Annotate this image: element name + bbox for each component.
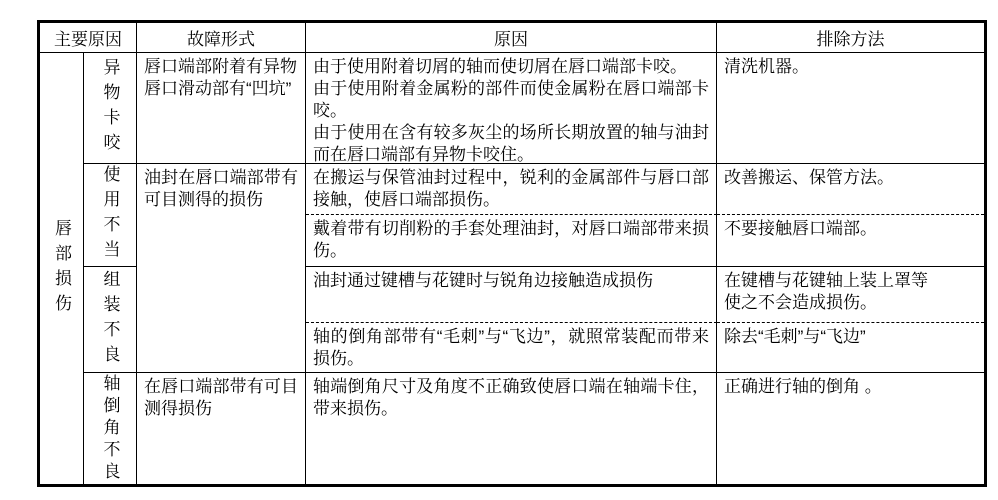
category-cell-foreign-object-bite: 异物卡咬 — [84, 53, 137, 164]
category-cell-improper-use: 使用不当 — [84, 164, 137, 267]
header-cause: 原因 — [306, 23, 717, 53]
remedy-cell-2: 改善搬运、保管方法。 — [717, 164, 984, 215]
header-main-cause: 主要原因 — [40, 23, 137, 53]
remedy-cell-5: 除去“毛刺”与“飞边” — [717, 323, 984, 373]
category-label: 异物卡咬 — [102, 58, 119, 158]
category-label: 轴倒角不良 — [102, 374, 119, 484]
failure-form-cell-2: 油封在唇口端部带有可目测得的损伤 — [137, 164, 306, 373]
main-cause-label: 唇部损伤 — [53, 219, 70, 319]
cause-cell-2: 在搬运与保管油封过程中，锐利的金属部件与唇口部接触，使唇口端部损伤。 — [306, 164, 717, 215]
category-cell-poor-shaft-chamfer: 轴倒角不良 — [84, 373, 137, 484]
main-cause-cell-lip-damage: 唇部损伤 — [40, 53, 84, 484]
failure-form-cell-3: 在唇口端部带有可目测得损伤 — [137, 373, 306, 484]
category-cell-poor-assembly: 组装不良 — [84, 267, 137, 373]
category-label: 使用不当 — [102, 165, 119, 265]
remedy-cell-3: 不要接触唇口端部。 — [717, 215, 984, 267]
cause-cell-3: 戴着带有切削粉的手套处理油封，对唇口端部带来损伤。 — [306, 215, 717, 267]
seal-failure-table: 主要原因 故障形式 原因 排除方法 唇部损伤 异物卡咬 使用不当 组装不良 轴倒… — [37, 20, 987, 487]
cause-cell-5: 轴的倒角部带有“毛刺”与“飞边”，就照常装配而带来损伤。 — [306, 323, 717, 373]
remedy-cell-6: 正确进行轴的倒角 。 — [717, 373, 984, 484]
category-label: 组装不良 — [102, 270, 119, 370]
header-remedy: 排除方法 — [717, 23, 984, 53]
cause-cell-6: 轴端倒角尺寸及角度不正确致使唇口端在轴端卡住，带来损伤。 — [306, 373, 717, 484]
failure-form-cell-1: 唇口端部附着有异物 唇口滑动部有“凹坑” — [137, 53, 306, 164]
remedy-cell-1: 清洗机器。 — [717, 53, 984, 164]
cause-cell-1: 由于使用附着切屑的轴而使切屑在唇口端部卡咬。 由于使用附着金属粉的部件而使金属粉… — [306, 53, 717, 164]
remedy-cell-4: 在键槽与花键轴上装上罩等 使之不会造成损伤。 — [717, 267, 984, 323]
cause-cell-4: 油封通过键槽与花键时与锐角边接触造成损伤 — [306, 267, 717, 323]
header-failure-form: 故障形式 — [137, 23, 306, 53]
